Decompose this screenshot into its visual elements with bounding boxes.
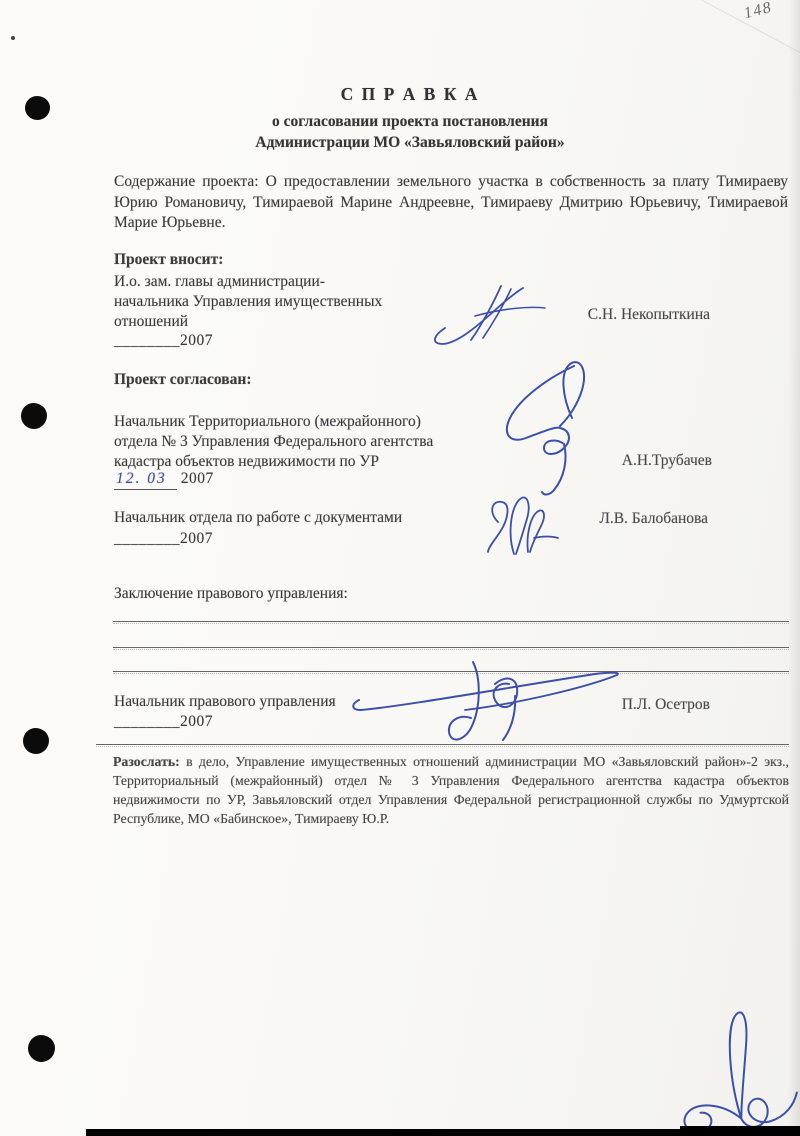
scanned-document-page: 148 С П Р А В К А о согласовании проекта…: [0, 0, 800, 1136]
submit-section-label: Проект вносит:: [114, 250, 223, 271]
distribution-paragraph: Разослать: в дело, Управление имуществен…: [113, 752, 789, 828]
distribution-label: Разослать:: [113, 754, 180, 769]
hole-punch: [21, 403, 47, 429]
handwritten-page-number: 148: [742, 0, 774, 23]
approver-name: А.Н.Трубачев: [622, 452, 712, 470]
approver-role-line: Начальник отдела по работе с документами: [114, 508, 402, 528]
submitter-name: С.Н. Некопыткина: [588, 306, 710, 324]
scan-edge-bar: [680, 1126, 800, 1136]
approver-date-line: ________2007: [114, 530, 213, 548]
submitter-role-line: начальника Управления имущественных: [114, 292, 382, 312]
section-divider-line: [96, 744, 789, 745]
document-subtitle-2: Администрации МО «Завьяловский район»: [95, 132, 725, 153]
hole-punch: [28, 1035, 55, 1062]
date-year: 2007: [181, 470, 214, 487]
submitter-date-line: ________2007: [114, 332, 213, 350]
signature-trubachev: [476, 356, 616, 502]
ruled-line: [113, 621, 789, 622]
signature-scribble-bottom-right: [641, 994, 800, 1136]
page-edge-shadow: [788, 0, 800, 1136]
approver-date-row: 12. 032007: [114, 470, 214, 490]
approver-name: Л.В. Балобанова: [599, 510, 708, 528]
hole-punch: [25, 96, 50, 120]
project-content-paragraph: Содержание проекта: О предоставлении зем…: [114, 172, 788, 234]
signature-nekopytkina: [423, 276, 563, 348]
approver-role-line: кадастра объектов недвижимости по УР: [114, 452, 379, 472]
submitter-role-line: отношений: [114, 312, 188, 332]
hole-punch: [23, 728, 49, 754]
distribution-text: в дело, Управление имущественных отношен…: [113, 754, 789, 826]
signature-balobanova: [478, 494, 562, 562]
scan-speck: [11, 36, 15, 40]
legal-section-label: Заключение правового управления:: [114, 584, 348, 605]
submitter-role-line: И.о. зам. главы администрации-: [114, 272, 325, 292]
approver-role-line: Начальник Территориального (межрайонного…: [114, 412, 421, 432]
agreed-section-label: Проект согласован:: [114, 370, 252, 391]
document-title: С П Р А В К А: [95, 84, 725, 105]
approver-role-line: отдела № 3 Управления Федерального агент…: [114, 432, 433, 452]
handwritten-date: 12. 03: [116, 470, 167, 487]
legal-date-line: ________2007: [114, 713, 213, 731]
legal-role: Начальник правового управления: [114, 692, 336, 712]
signature-osetrov: [345, 648, 635, 748]
document-subtitle-1: о согласовании проекта постановления: [95, 111, 725, 132]
